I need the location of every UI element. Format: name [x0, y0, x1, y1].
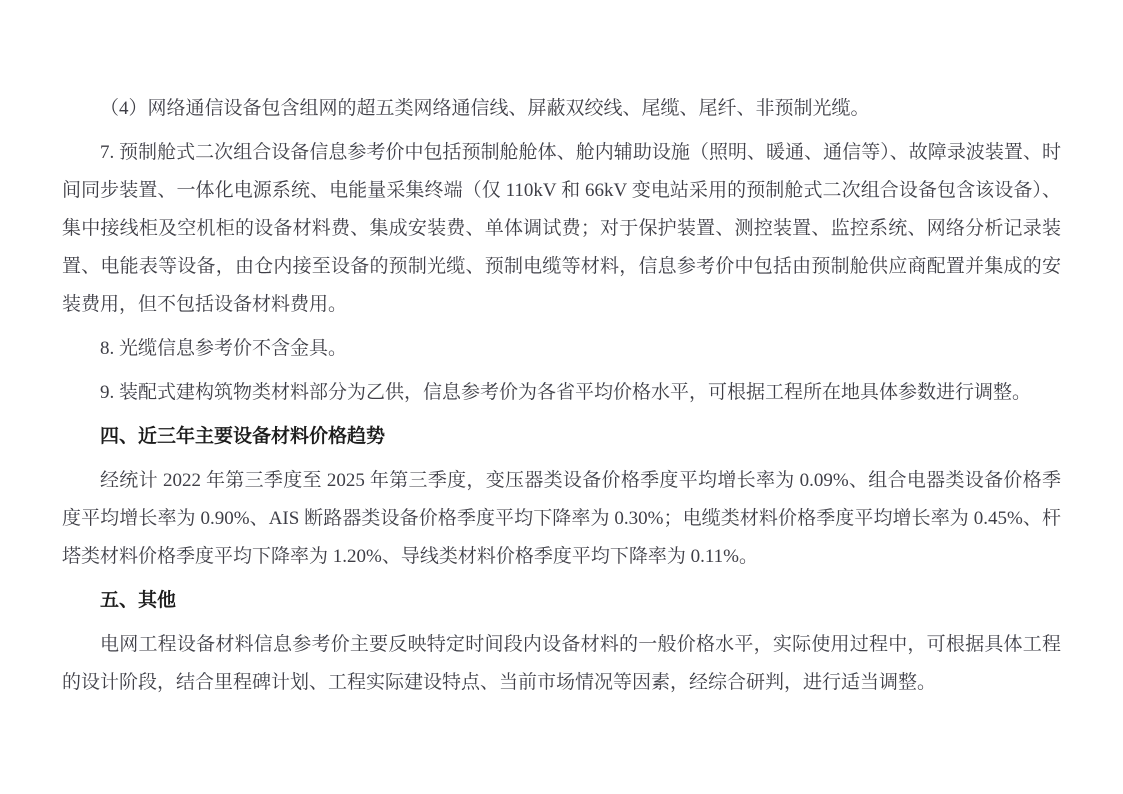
paragraph: 经统计 2022 年第三季度至 2025 年第三季度，变压器类设备价格季度平均增…	[62, 462, 1061, 576]
section-heading: 四、近三年主要设备材料价格趋势	[62, 418, 1061, 456]
paragraph: （4）网络通信设备包含组网的超五类网络通信线、屏蔽双绞线、尾缆、尾纤、非预制光缆…	[62, 90, 1061, 128]
paragraph: 7. 预制舱式二次组合设备信息参考价中包括预制舱舱体、舱内辅助设施（照明、暖通、…	[62, 134, 1061, 324]
document-body: （4）网络通信设备包含组网的超五类网络通信线、屏蔽双绞线、尾缆、尾纤、非预制光缆…	[62, 90, 1061, 702]
paragraph: 电网工程设备材料信息参考价主要反映特定时间段内设备材料的一般价格水平，实际使用过…	[62, 626, 1061, 702]
section-heading: 五、其他	[62, 582, 1061, 620]
document-page: （4）网络通信设备包含组网的超五类网络通信线、屏蔽双绞线、尾缆、尾纤、非预制光缆…	[0, 0, 1123, 794]
paragraph: 9. 装配式建构筑物类材料部分为乙供，信息参考价为各省平均价格水平，可根据工程所…	[62, 374, 1061, 412]
paragraph: 8. 光缆信息参考价不含金具。	[62, 330, 1061, 368]
